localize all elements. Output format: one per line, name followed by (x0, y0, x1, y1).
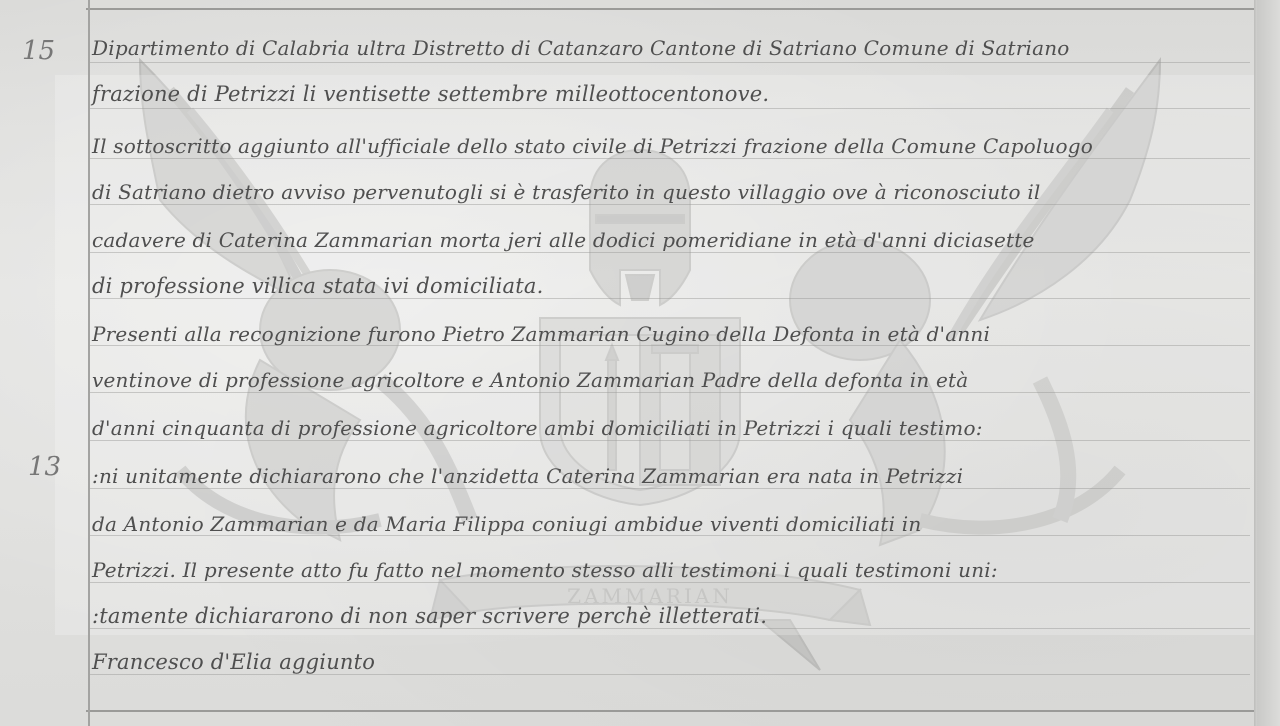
top-rule (86, 8, 1256, 10)
text-line-9: d'anni cinquanta di professione agricolt… (92, 416, 983, 440)
scanned-document-page: ZAMMARIAN 15 13 Dipartimento di Calabria… (0, 0, 1280, 726)
ruled-line (90, 392, 1250, 393)
ruled-line (90, 674, 1250, 675)
bottom-rule (86, 710, 1256, 712)
sheet-overlay (55, 75, 1260, 635)
ruled-line (90, 158, 1250, 159)
ruled-line (90, 108, 1250, 109)
text-line-1: Dipartimento di Calabria ultra Distretto… (92, 36, 1070, 60)
text-line-6: di professione villica stata ivi domicil… (92, 274, 544, 298)
ruled-line (90, 298, 1250, 299)
text-line-13: :tamente dichiararono di non saper scriv… (92, 604, 767, 628)
text-line-12: Petrizzi. Il presente atto fu fatto nel … (92, 558, 998, 582)
ruled-line (90, 628, 1250, 629)
ruled-line (90, 62, 1250, 63)
text-line-2: frazione di Petrizzi li ventisette sette… (92, 82, 769, 106)
ruled-line (90, 252, 1250, 253)
margin-number: 15 (22, 36, 55, 66)
right-page-shadow (1257, 0, 1280, 726)
text-line-7: Presenti alla recognizione furono Pietro… (92, 322, 990, 346)
ruled-line (90, 488, 1250, 489)
text-line-4: di Satriano dietro avviso pervenutogli s… (92, 180, 1041, 204)
text-line-10: :ni unitamente dichiararono che l'anzide… (92, 464, 963, 488)
text-line-3: Il sottoscritto aggiunto all'ufficiale d… (92, 134, 1093, 158)
ruled-line (90, 204, 1250, 205)
text-line-8: ventinove di professione agricoltore e A… (92, 368, 968, 392)
margin-number: 13 (28, 452, 61, 482)
signature-line: Francesco d'Elia aggiunto (92, 650, 375, 674)
text-line-11: da Antonio Zammarian e da Maria Filippa … (92, 512, 921, 536)
ruled-line (90, 582, 1250, 583)
text-line-5: cadavere di Caterina Zammarian morta jer… (92, 228, 1035, 252)
ruled-line (90, 440, 1250, 441)
